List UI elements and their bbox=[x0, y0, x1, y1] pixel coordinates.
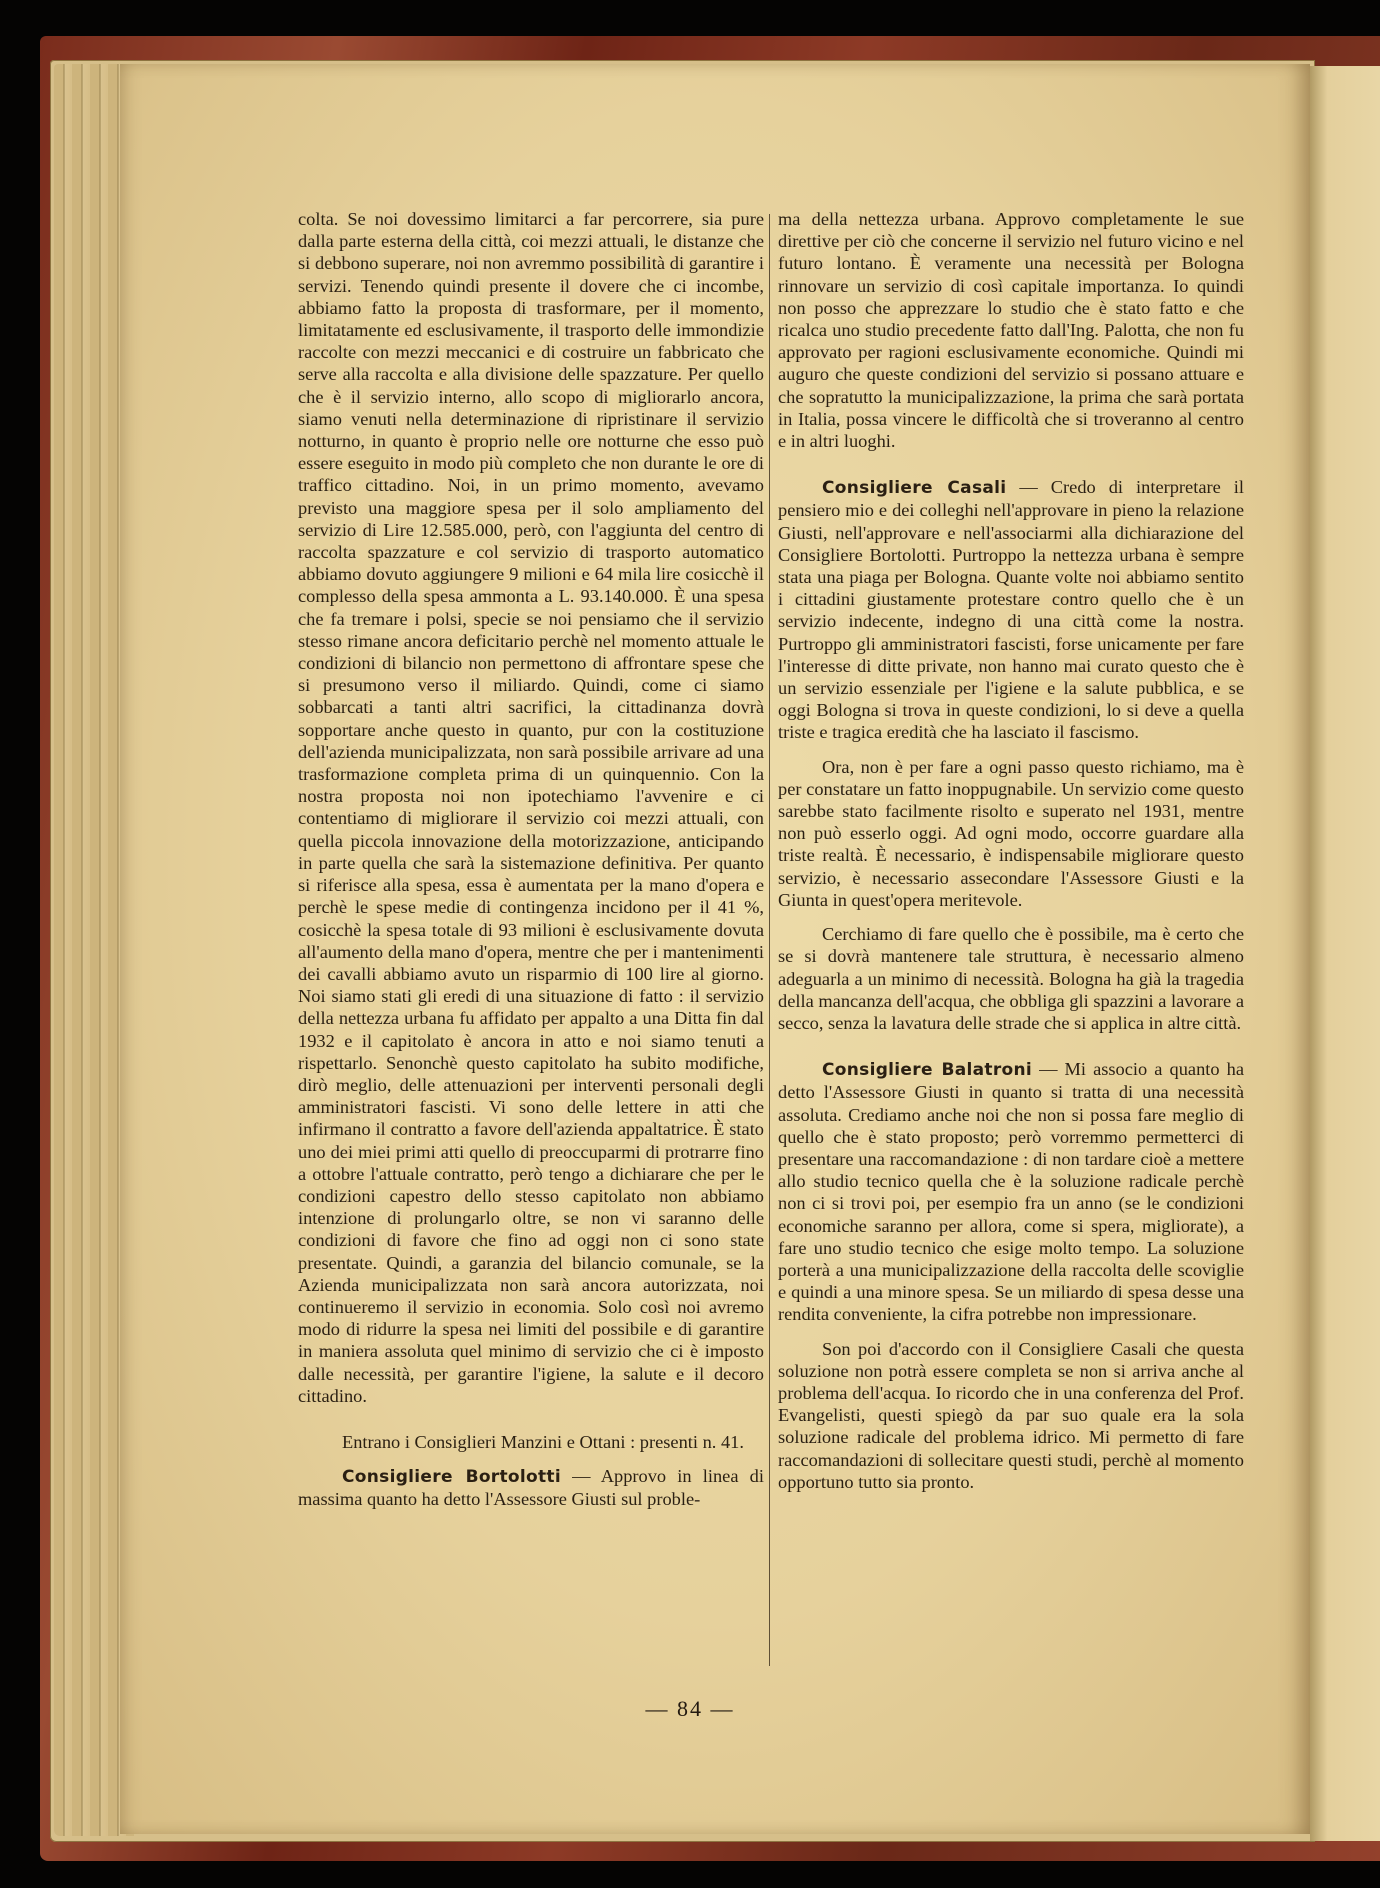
facing-page-edge bbox=[1310, 66, 1380, 1841]
speech-text: — Credo di interpretare il pensiero mio … bbox=[778, 477, 1244, 742]
speech-text: — Mi associo a quanto ha detto l'Assesso… bbox=[778, 1059, 1244, 1324]
right-column: ma della nettezza urbana. Approvo comple… bbox=[778, 208, 1244, 1493]
left-column: colta. Se noi dovessimo limitarci a far … bbox=[298, 208, 764, 1511]
paragraph: ma della nettezza urbana. Approvo comple… bbox=[778, 208, 1244, 452]
speech-paragraph: Consigliere Casali — Credo di interpreta… bbox=[778, 476, 1244, 743]
column-divider bbox=[769, 214, 770, 1666]
paragraph: colta. Se noi dovessimo limitarci a far … bbox=[298, 208, 764, 1407]
procedural-note: Entrano i Consiglieri Manzini e Ottani :… bbox=[298, 1431, 764, 1453]
paragraph: Ora, non è per fare a ogni passo questo … bbox=[778, 756, 1244, 911]
page-number: — 84 — bbox=[0, 1696, 1380, 1722]
speech-paragraph: Consigliere Balatroni — Mi associo a qua… bbox=[778, 1058, 1244, 1325]
speaker-name: Consigliere Balatroni bbox=[822, 1060, 1032, 1080]
paragraph: Son poi d'accordo con il Consigliere Cas… bbox=[778, 1338, 1244, 1493]
speaker-name: Consigliere Casali bbox=[822, 478, 1006, 498]
speaker-name: Consigliere Bortolotti bbox=[342, 1467, 561, 1487]
paragraph: Cerchiamo di fare quello che è possibile… bbox=[778, 923, 1244, 1034]
speech-paragraph: Consigliere Bortolotti — Approvo in line… bbox=[298, 1465, 764, 1510]
